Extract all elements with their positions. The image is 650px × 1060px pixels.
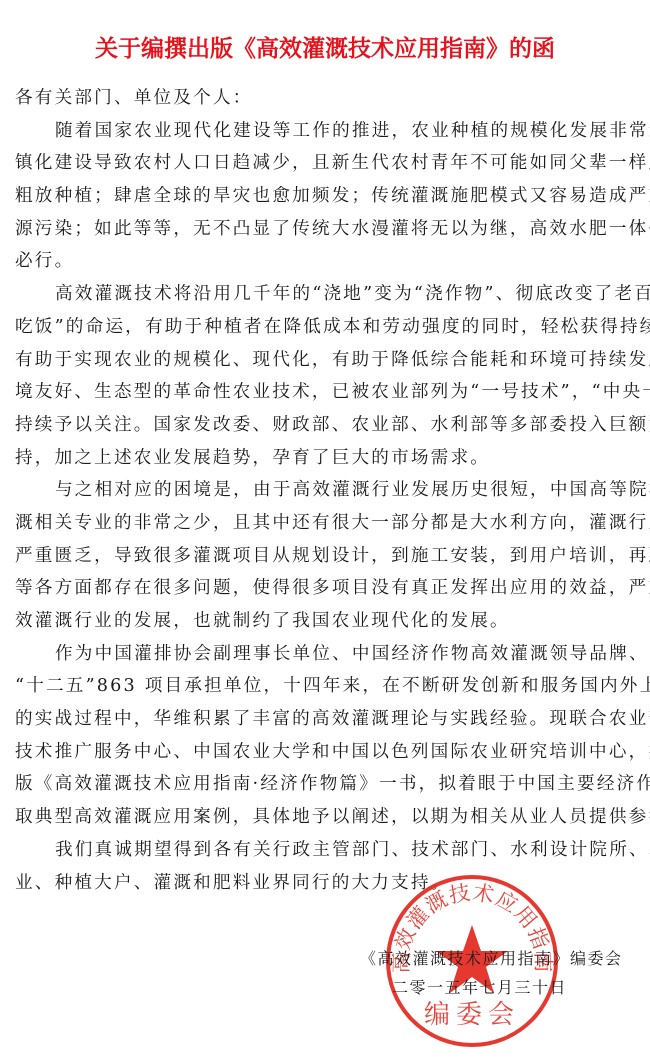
paragraph-4-line-3: 的实战过程中，华维积累了丰富的高效灌溉理论与实践经验。现联合农业部全国农业 <box>15 703 637 736</box>
paragraph-1-line-5: 必行。 <box>15 245 637 278</box>
letter-body: 各有关部门、单位及个人： 随着国家农业现代化建设等工作的推进，农业种植的规模化发… <box>15 82 637 899</box>
paragraph-4-line-4: 技术推广服务中心、中国农业大学和中国以色列国际农业研究培训中心，共同编撰出 <box>15 736 637 769</box>
paragraph-5-line-1: 我们真诚期望得到各有关行政主管部门、技术部门、水利设计院所、农业龙头企 <box>15 834 637 867</box>
paragraph-2-line-2: 吃饭”的命运，有助于种植者在降低成本和劳动强度的同时，轻松获得持续高收益， <box>15 311 637 344</box>
paragraph-4-line-2: “十二五”863 项目承担单位，十四年来，在不断研发创新和服务国内外上万家客户 <box>15 670 637 703</box>
paragraph-3-line-2: 溉相关专业的非常之少，且其中还有很大一部分都是大水利方向，灌溉行业专业人才 <box>15 507 637 540</box>
seal-bottom-text: 编委会 <box>424 1000 520 1030</box>
salutation: 各有关部门、单位及个人： <box>15 82 637 115</box>
paragraph-1-line-1: 随着国家农业现代化建设等工作的推进，农业种植的规模化发展非常迅猛；而城 <box>15 115 637 148</box>
signature-org: 《高效灌溉技术应用指南》编委会 <box>360 946 623 969</box>
paragraph-4-line-6: 取典型高效灌溉应用案例，具体地予以阐述，以期为相关从业人员提供参考。 <box>15 801 637 834</box>
letter-title: 关于编撰出版《高效灌溉技术应用指南》的函 <box>0 30 650 63</box>
paragraph-4-line-1: 作为中国灌排协会副理事长单位、中国经济作物高效灌溉领导品牌、国家科技部 <box>15 638 637 671</box>
paragraph-3-line-4: 等各方面都存在很多问题，使得很多项目没有真正发挥出应用的效益，严重制约了高 <box>15 572 637 605</box>
paragraph-1-line-2: 镇化建设导致农村人口日趋减少，且新生代农村青年不可能如同父辈一样从事传统的 <box>15 147 637 180</box>
paragraph-4-line-5: 版《高效灌溉技术应用指南·经济作物篇》一书，拟着眼于中国主要经济作物，并撷 <box>15 768 637 801</box>
paragraph-3-line-5: 效灌溉行业的发展，也就制约了我国农业现代化的发展。 <box>15 605 637 638</box>
paragraph-2-line-4: 境友好、生态型的革命性农业技术，已被农业部列为“一号技术”，“中央一号文件” <box>15 376 637 409</box>
paragraph-2-line-5: 持续予以关注。国家发改委、财政部、农业部、水利部等多部委投入巨额资金给予支 <box>15 409 637 442</box>
paragraph-3-line-1: 与之相对应的困境是，由于高效灌溉行业发展历史很短，中国高等院校设置有灌 <box>15 474 637 507</box>
paragraph-1-line-3: 粗放种植；肆虐全球的旱灾也愈加频发；传统灌溉施肥模式又容易造成严重的农业面 <box>15 180 637 213</box>
paragraph-3-line-3: 严重匮乏，导致很多灌溉项目从规划设计，到施工安装，到用户培训，再到运行维护 <box>15 540 637 573</box>
paragraph-2-line-1: 高效灌溉技术将沿用几千年的“浇地”变为“浇作物”、彻底改变了老百姓“靠天 <box>15 278 637 311</box>
paragraph-2-line-6: 持，加之上述农业发展趋势，孕育了巨大的市场需求。 <box>15 442 637 475</box>
paragraph-2-line-3: 有助于实现农业的规模化、现代化，有助于降低综合能耗和环境可持续发展。这一环 <box>15 344 637 377</box>
letter-page: 关于编撰出版《高效灌溉技术应用指南》的函 各有关部门、单位及个人： 随着国家农业… <box>0 0 650 1060</box>
paragraph-1-line-4: 源污染；如此等等，无不凸显了传统大水漫灌将无以为继，高效水肥一体化灌溉势在 <box>15 213 637 246</box>
signature-date: 二零一五年七月三十日 <box>392 975 567 998</box>
